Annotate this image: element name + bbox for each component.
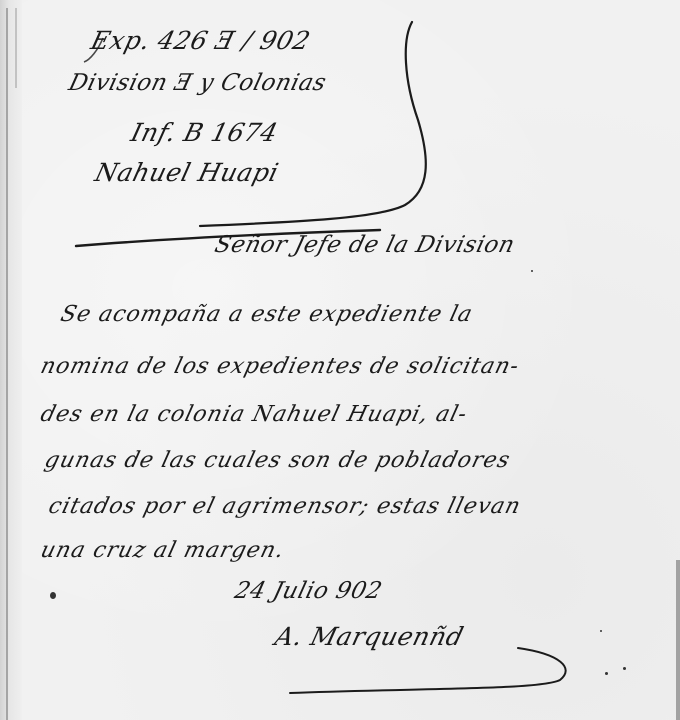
page-right-edge xyxy=(676,560,680,720)
signature-flourish xyxy=(290,648,566,693)
ink-speck xyxy=(50,592,56,599)
page-left-binding-edge xyxy=(0,0,22,720)
ink-speck xyxy=(605,672,608,675)
body-line-5: citados por el agrimensor; estas llevan xyxy=(46,494,524,519)
header-division: Division Ǝ y Colonias xyxy=(66,70,329,96)
ink-speck xyxy=(531,270,533,272)
body-line-4: gunas de las cuales son de pobladores xyxy=(42,448,513,473)
body-line-1: Se acompaña a este expediente la xyxy=(58,302,475,327)
signature: A. Marquenñd xyxy=(272,622,467,651)
ink-speck xyxy=(600,630,602,632)
date: 24 Julio 902 xyxy=(232,578,385,604)
header-file-number: Exp. 426 Ǝ / 902 xyxy=(88,26,313,55)
ink-speck xyxy=(623,667,626,670)
body-line-3: des en la colonia Nahuel Huapi, al- xyxy=(38,402,470,427)
document-page: Exp. 426 Ǝ / 902 Division Ǝ y Colonias I… xyxy=(0,0,680,720)
body-line-2: nomina de los expedientes de solicitan- xyxy=(38,354,522,379)
salutation: Señor Jefe de la Division xyxy=(212,232,518,258)
body-line-6: una cruz al margen. xyxy=(38,538,287,563)
header-location: Nahuel Huapi xyxy=(92,158,282,187)
header-inf-number: Inf. B 1674 xyxy=(128,118,281,147)
